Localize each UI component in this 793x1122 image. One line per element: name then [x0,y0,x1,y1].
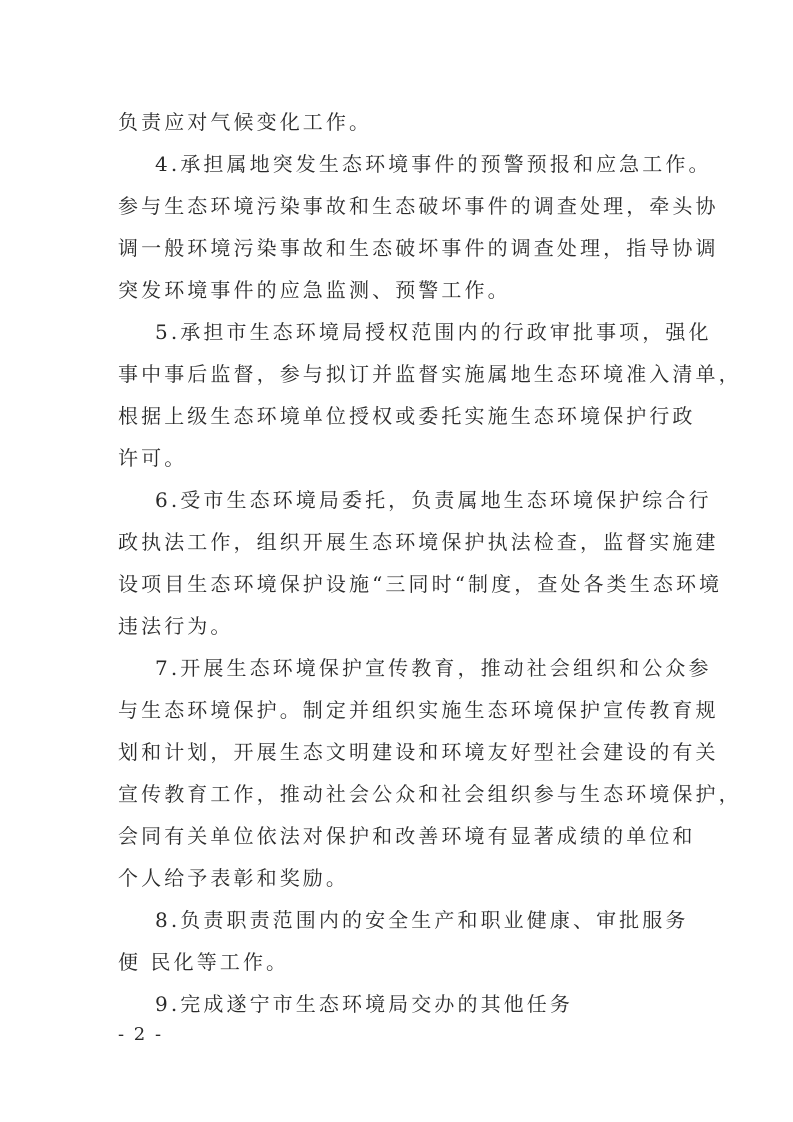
text-line: 许可。 [118,446,688,470]
paragraph-item-5: 5.承担市生态环境局授权范围内的行政审批事项，强化 [155,320,690,344]
text-line: 个人给予表彰和奖励。 [118,866,688,890]
paragraph-item-4: 4.承担属地突发生态环境事件的预警预报和应急工作。 [155,152,690,176]
paragraph-item-7: 7.开展生态环境保护宣传教育，推动社会组织和公众参 [155,656,690,680]
paragraph-item-9: 9.完成遂宁市生态环境局交办的其他任务 [155,992,690,1016]
text-line: 突发环境事件的应急监测、预警工作。 [118,278,688,302]
paragraph-item-8: 8.负责职责范围内的安全生产和职业健康、审批服务 [155,908,690,932]
document-page: 负责应对气候变化工作。 4.承担属地突发生态环境事件的预警预报和应急工作。 参与… [0,0,793,1122]
text-line: 违法行为。 [118,614,688,638]
text-line: 便 民化等工作。 [118,950,688,974]
page-number: - 2 - [118,1024,163,1045]
text-line: 参与生态环境污染事故和生态破坏事件的调查处理，牵头协 [118,194,688,218]
text-line: 调一般环境污染事故和生态破坏事件的调查处理，指导协调 [118,236,688,260]
paragraph-item-6: 6.受市生态环境局委托，负责属地生态环境保护综合行 [155,488,690,512]
text-line: 会同有关单位依法对保护和改善环境有显著成绩的单位和 [118,824,688,848]
text-line: 事中事后监督，参与拟订并监督实施属地生态环境准入清单， [118,362,688,386]
text-line: 划和计划，开展生态文明建设和环境友好型社会建设的有关 [118,740,688,764]
text-line: 政执法工作，组织开展生态环境保护执法检查，监督实施建 [118,530,688,554]
text-line: 宣传教育工作，推动社会公众和社会组织参与生态环境保护， [118,782,688,806]
text-line: 负责应对气候变化工作。 [118,110,688,134]
text-line: 与生态环境保护。制定并组织实施生态环境保护宣传教育规 [118,698,688,722]
text-line: 根据上级生态环境单位授权或委托实施生态环境保护行政 [118,404,688,428]
text-line: 设项目生态环境保护设施“三同时“制度，查处各类生态环境 [118,572,688,596]
